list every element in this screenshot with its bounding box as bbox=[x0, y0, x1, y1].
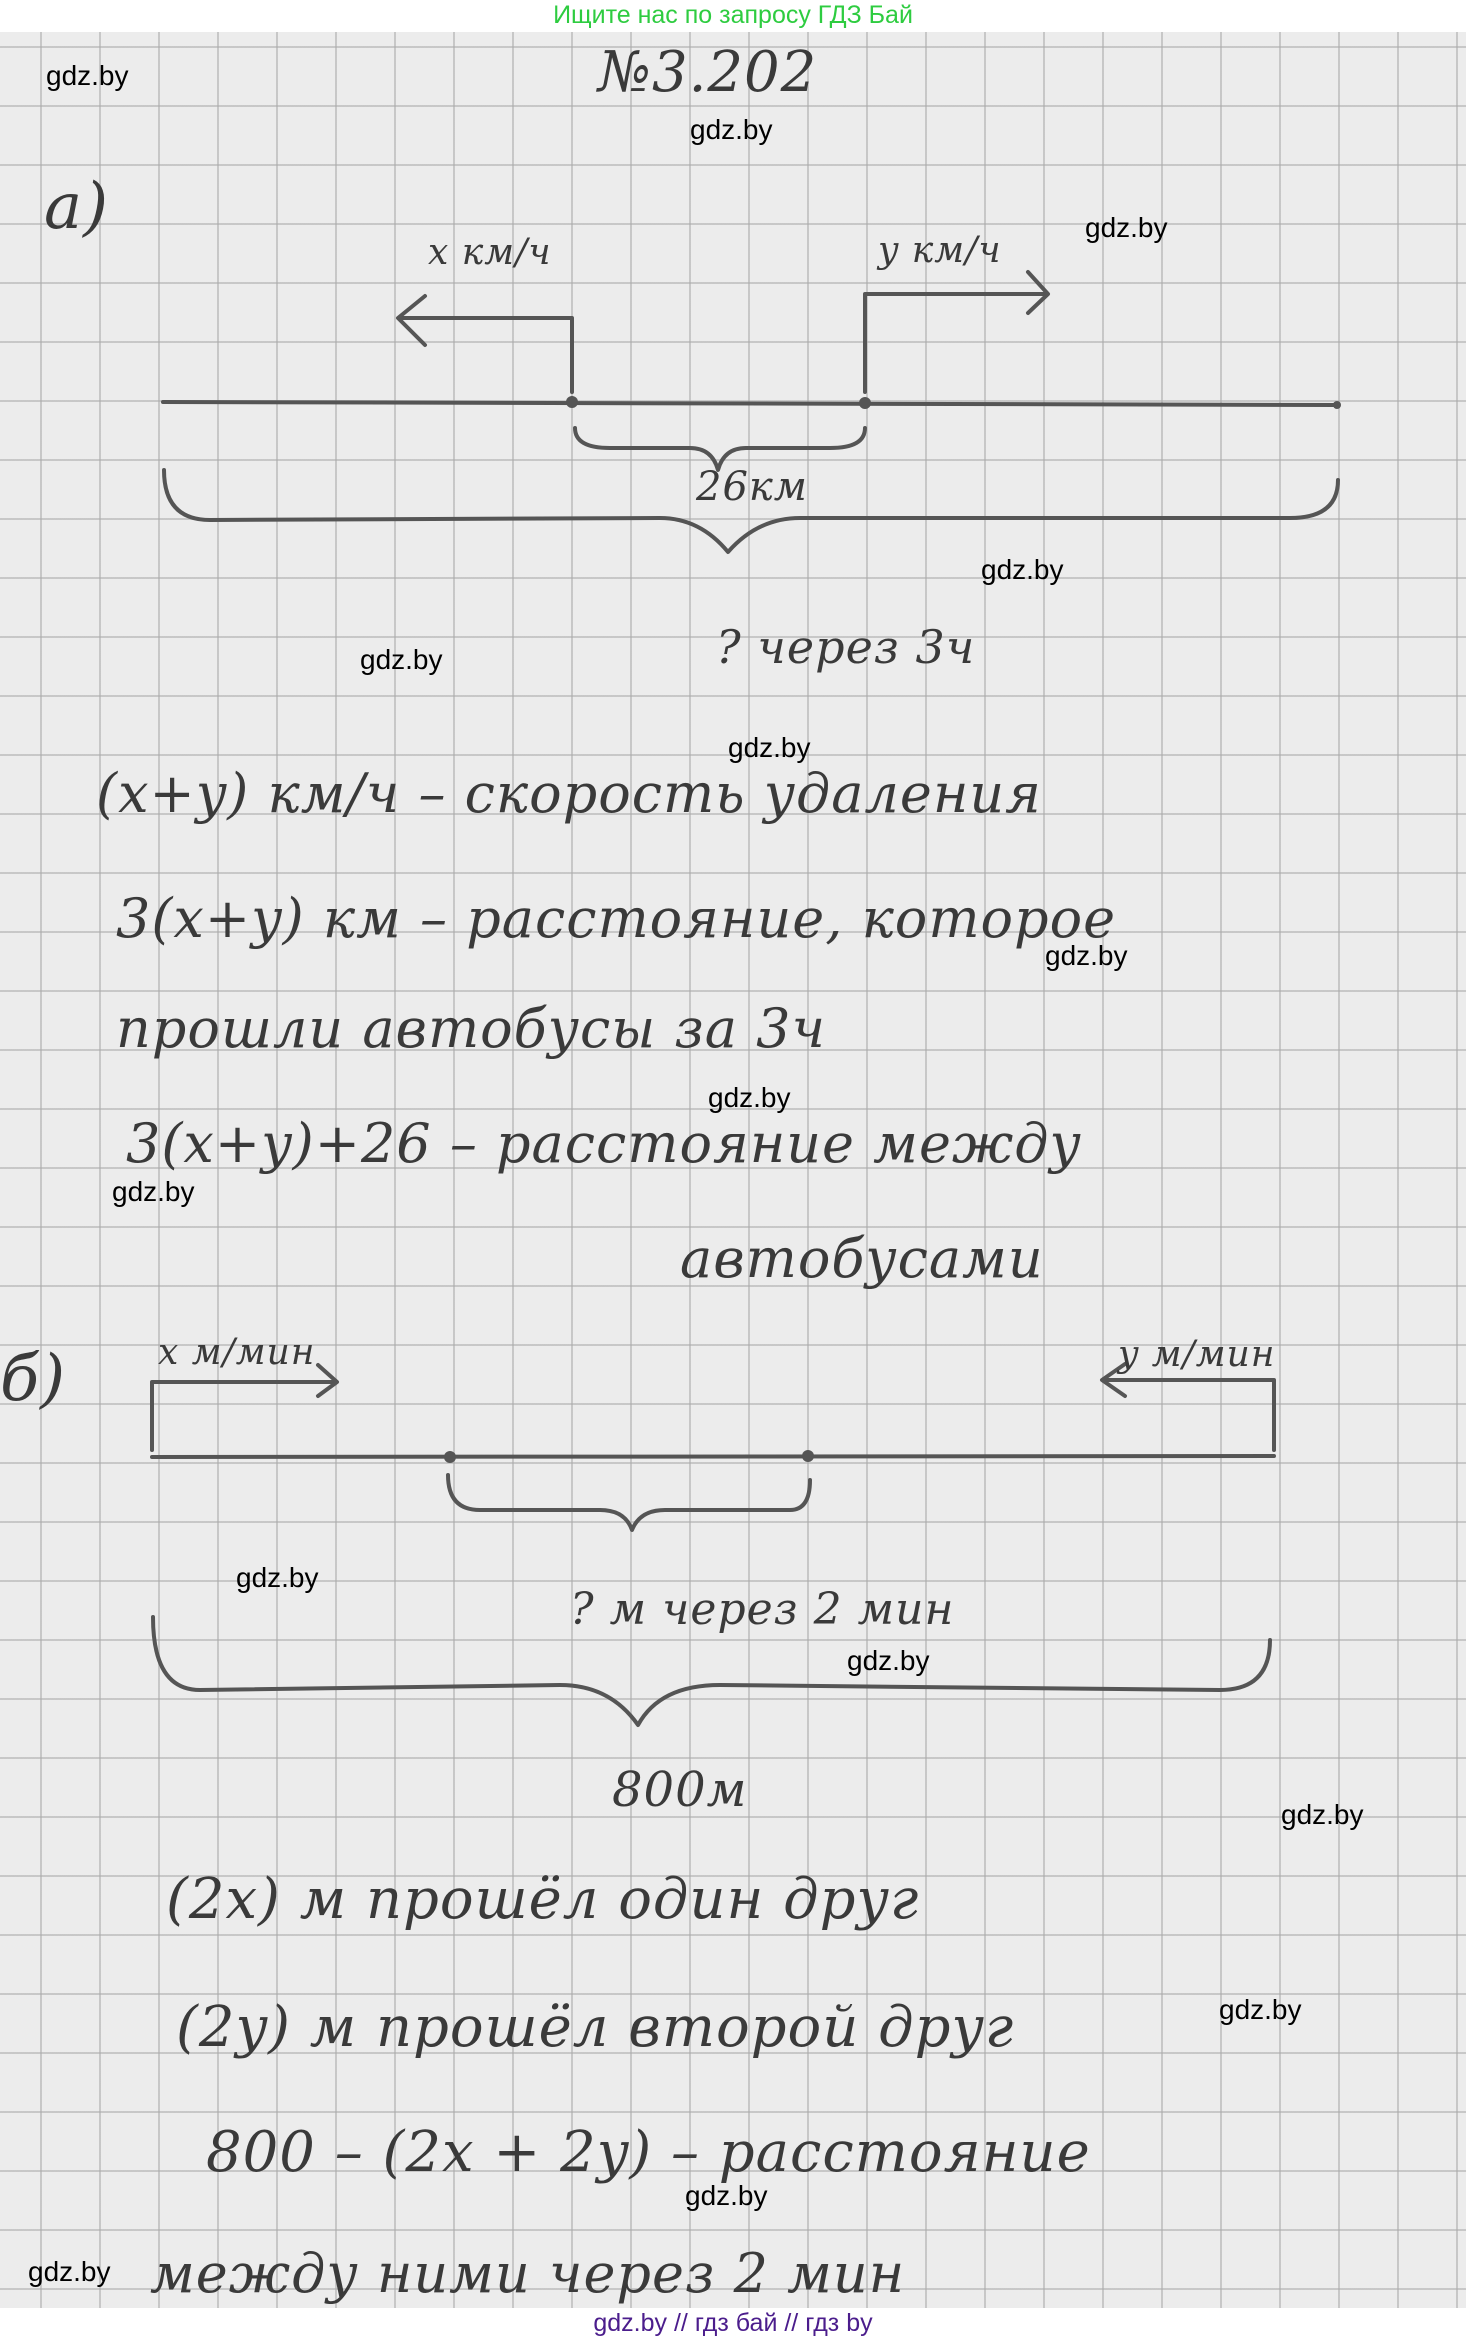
point-left-b bbox=[444, 1451, 456, 1463]
watermark: gdz.by bbox=[236, 1562, 319, 1594]
watermark: gdz.by bbox=[847, 1645, 930, 1677]
solution-line-b3: 800 – (2x + 2y) – расстояние bbox=[206, 2120, 1091, 2185]
point-right-a bbox=[859, 397, 871, 409]
diagram-a bbox=[163, 272, 1341, 552]
arrow-right-a bbox=[865, 294, 1046, 392]
point-right-b bbox=[802, 1450, 814, 1462]
arrow-left-a bbox=[400, 318, 572, 392]
arrow-left-b bbox=[1103, 1380, 1274, 1450]
brace-gap-b bbox=[448, 1475, 810, 1530]
right-speed-label-a: y км/ч bbox=[878, 230, 1002, 271]
solution-line-a5: автобусами bbox=[680, 1227, 1044, 1290]
gap-label-a: 26км bbox=[696, 464, 808, 510]
solution-line-a1: (x+y) км/ч – скорость удаления bbox=[96, 762, 1042, 825]
watermark: gdz.by bbox=[708, 1082, 791, 1114]
watermark: gdz.by bbox=[46, 60, 129, 92]
notebook-page: №3.202 а) x км/ч y км/ч 26км ? через 3ч … bbox=[0, 32, 1466, 2308]
solution-line-a4: 3(x+y)+26 – расстояние между bbox=[126, 1112, 1082, 1175]
solution-line-a3: прошли автобусы за 3ч bbox=[116, 997, 826, 1060]
right-speed-label-b: y м/мин bbox=[1118, 1334, 1276, 1375]
watermark: gdz.by bbox=[1045, 940, 1128, 972]
watermark: gdz.by bbox=[1281, 1799, 1364, 1831]
watermark: gdz.by bbox=[1085, 212, 1168, 244]
road-line-a bbox=[163, 402, 1337, 405]
watermark: gdz.by bbox=[112, 1176, 195, 1208]
watermark: gdz.by bbox=[981, 554, 1064, 586]
watermark: gdz.by bbox=[728, 732, 811, 764]
watermark: gdz.by bbox=[360, 644, 443, 676]
watermark: gdz.by bbox=[685, 2180, 768, 2212]
footer-links: gdz.by // гдз бай // гдз by bbox=[0, 2308, 1466, 2340]
left-speed-label-b: x м/мин bbox=[158, 1332, 315, 1373]
left-speed-label-a: x км/ч bbox=[428, 232, 552, 273]
total-label-b: 800м bbox=[612, 1762, 747, 1818]
arrow-right-b bbox=[152, 1382, 336, 1450]
solution-line-b4: между ними через 2 мин bbox=[150, 2242, 905, 2305]
point-left-a bbox=[566, 396, 578, 408]
watermark: gdz.by bbox=[28, 2256, 111, 2288]
solution-line-b2: (2y) м прошёл второй друг bbox=[176, 1995, 1014, 2060]
watermark: gdz.by bbox=[1219, 1994, 1302, 2026]
diagram-b bbox=[152, 1364, 1274, 1725]
solution-line-b1: (2x) м прошёл один друг bbox=[166, 1867, 919, 1932]
question-label-b: ? м через 2 мин bbox=[570, 1584, 954, 1635]
part-a-label: а) bbox=[44, 170, 109, 244]
question-label-a: ? через 3ч bbox=[716, 620, 975, 674]
problem-number: №3.202 bbox=[598, 40, 817, 105]
part-b-label: б) bbox=[0, 1342, 66, 1416]
search-hint-banner: Ищите нас по запросу ГДЗ Бай bbox=[0, 0, 1466, 32]
road-line-b bbox=[152, 1456, 1274, 1457]
watermark: gdz.by bbox=[690, 114, 773, 146]
solution-line-a2: 3(x+y) км – расстояние, которое bbox=[116, 887, 1116, 950]
